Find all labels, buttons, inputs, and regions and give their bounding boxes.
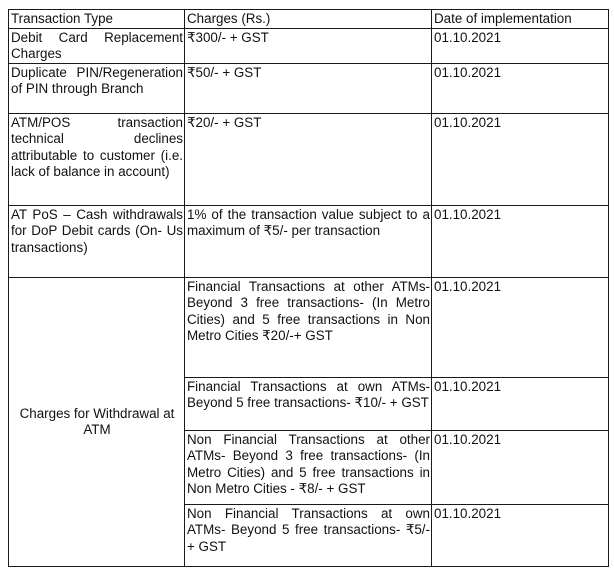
header-date: Date of implementation bbox=[432, 10, 609, 29]
charges-cell: Financial Transactions at other ATMs- Be… bbox=[185, 277, 432, 377]
table-row: ATM/POS transaction technical declines a… bbox=[9, 113, 609, 205]
header-charges: Charges (Rs.) bbox=[185, 10, 432, 29]
date-cell: 01.10.2021 bbox=[432, 113, 609, 205]
header-transaction-type: Transaction Type bbox=[9, 10, 185, 29]
date-cell: 01.10.2021 bbox=[432, 277, 609, 377]
transaction-type-cell: Debit Card Replacement Charges bbox=[9, 28, 185, 63]
date-cell: 01.10.2021 bbox=[432, 205, 609, 277]
date-cell: 01.10.2021 bbox=[432, 430, 609, 504]
charges-cell: Non Financial Transactions at other ATMs… bbox=[185, 430, 432, 504]
transaction-type-cell: ATM/POS transaction technical declines a… bbox=[9, 113, 185, 205]
transaction-type-cell: AT PoS – Cash withdrawals for DoP Debit … bbox=[9, 205, 185, 277]
table-row: AT PoS – Cash withdrawals for DoP Debit … bbox=[9, 205, 609, 277]
date-cell: 01.10.2021 bbox=[432, 63, 609, 113]
table-row: Charges for Withdrawal at ATM Financial … bbox=[9, 277, 609, 377]
date-cell: 01.10.2021 bbox=[432, 377, 609, 430]
transaction-type-cell: Duplicate PIN/Regeneration of PIN throug… bbox=[9, 63, 185, 113]
charges-cell: ₹50/- + GST bbox=[185, 63, 432, 113]
charges-cell: 1% of the transaction value subject to a… bbox=[185, 205, 432, 277]
charges-cell: Financial Transactions at own ATMs- Beyo… bbox=[185, 377, 432, 430]
charges-cell: Non Financial Transactions at own ATMs- … bbox=[185, 504, 432, 566]
charges-cell: ₹300/- + GST bbox=[185, 28, 432, 63]
table-row: Duplicate PIN/Regeneration of PIN throug… bbox=[9, 63, 609, 113]
charges-cell: ₹20/- + GST bbox=[185, 113, 432, 205]
atm-withdrawal-type-cell: Charges for Withdrawal at ATM bbox=[9, 277, 185, 566]
charges-table: Transaction Type Charges (Rs.) Date of i… bbox=[8, 9, 609, 567]
table-row: Debit Card Replacement Charges ₹300/- + … bbox=[9, 28, 609, 63]
date-cell: 01.10.2021 bbox=[432, 28, 609, 63]
header-row: Transaction Type Charges (Rs.) Date of i… bbox=[9, 10, 609, 29]
date-cell: 01.10.2021 bbox=[432, 504, 609, 566]
